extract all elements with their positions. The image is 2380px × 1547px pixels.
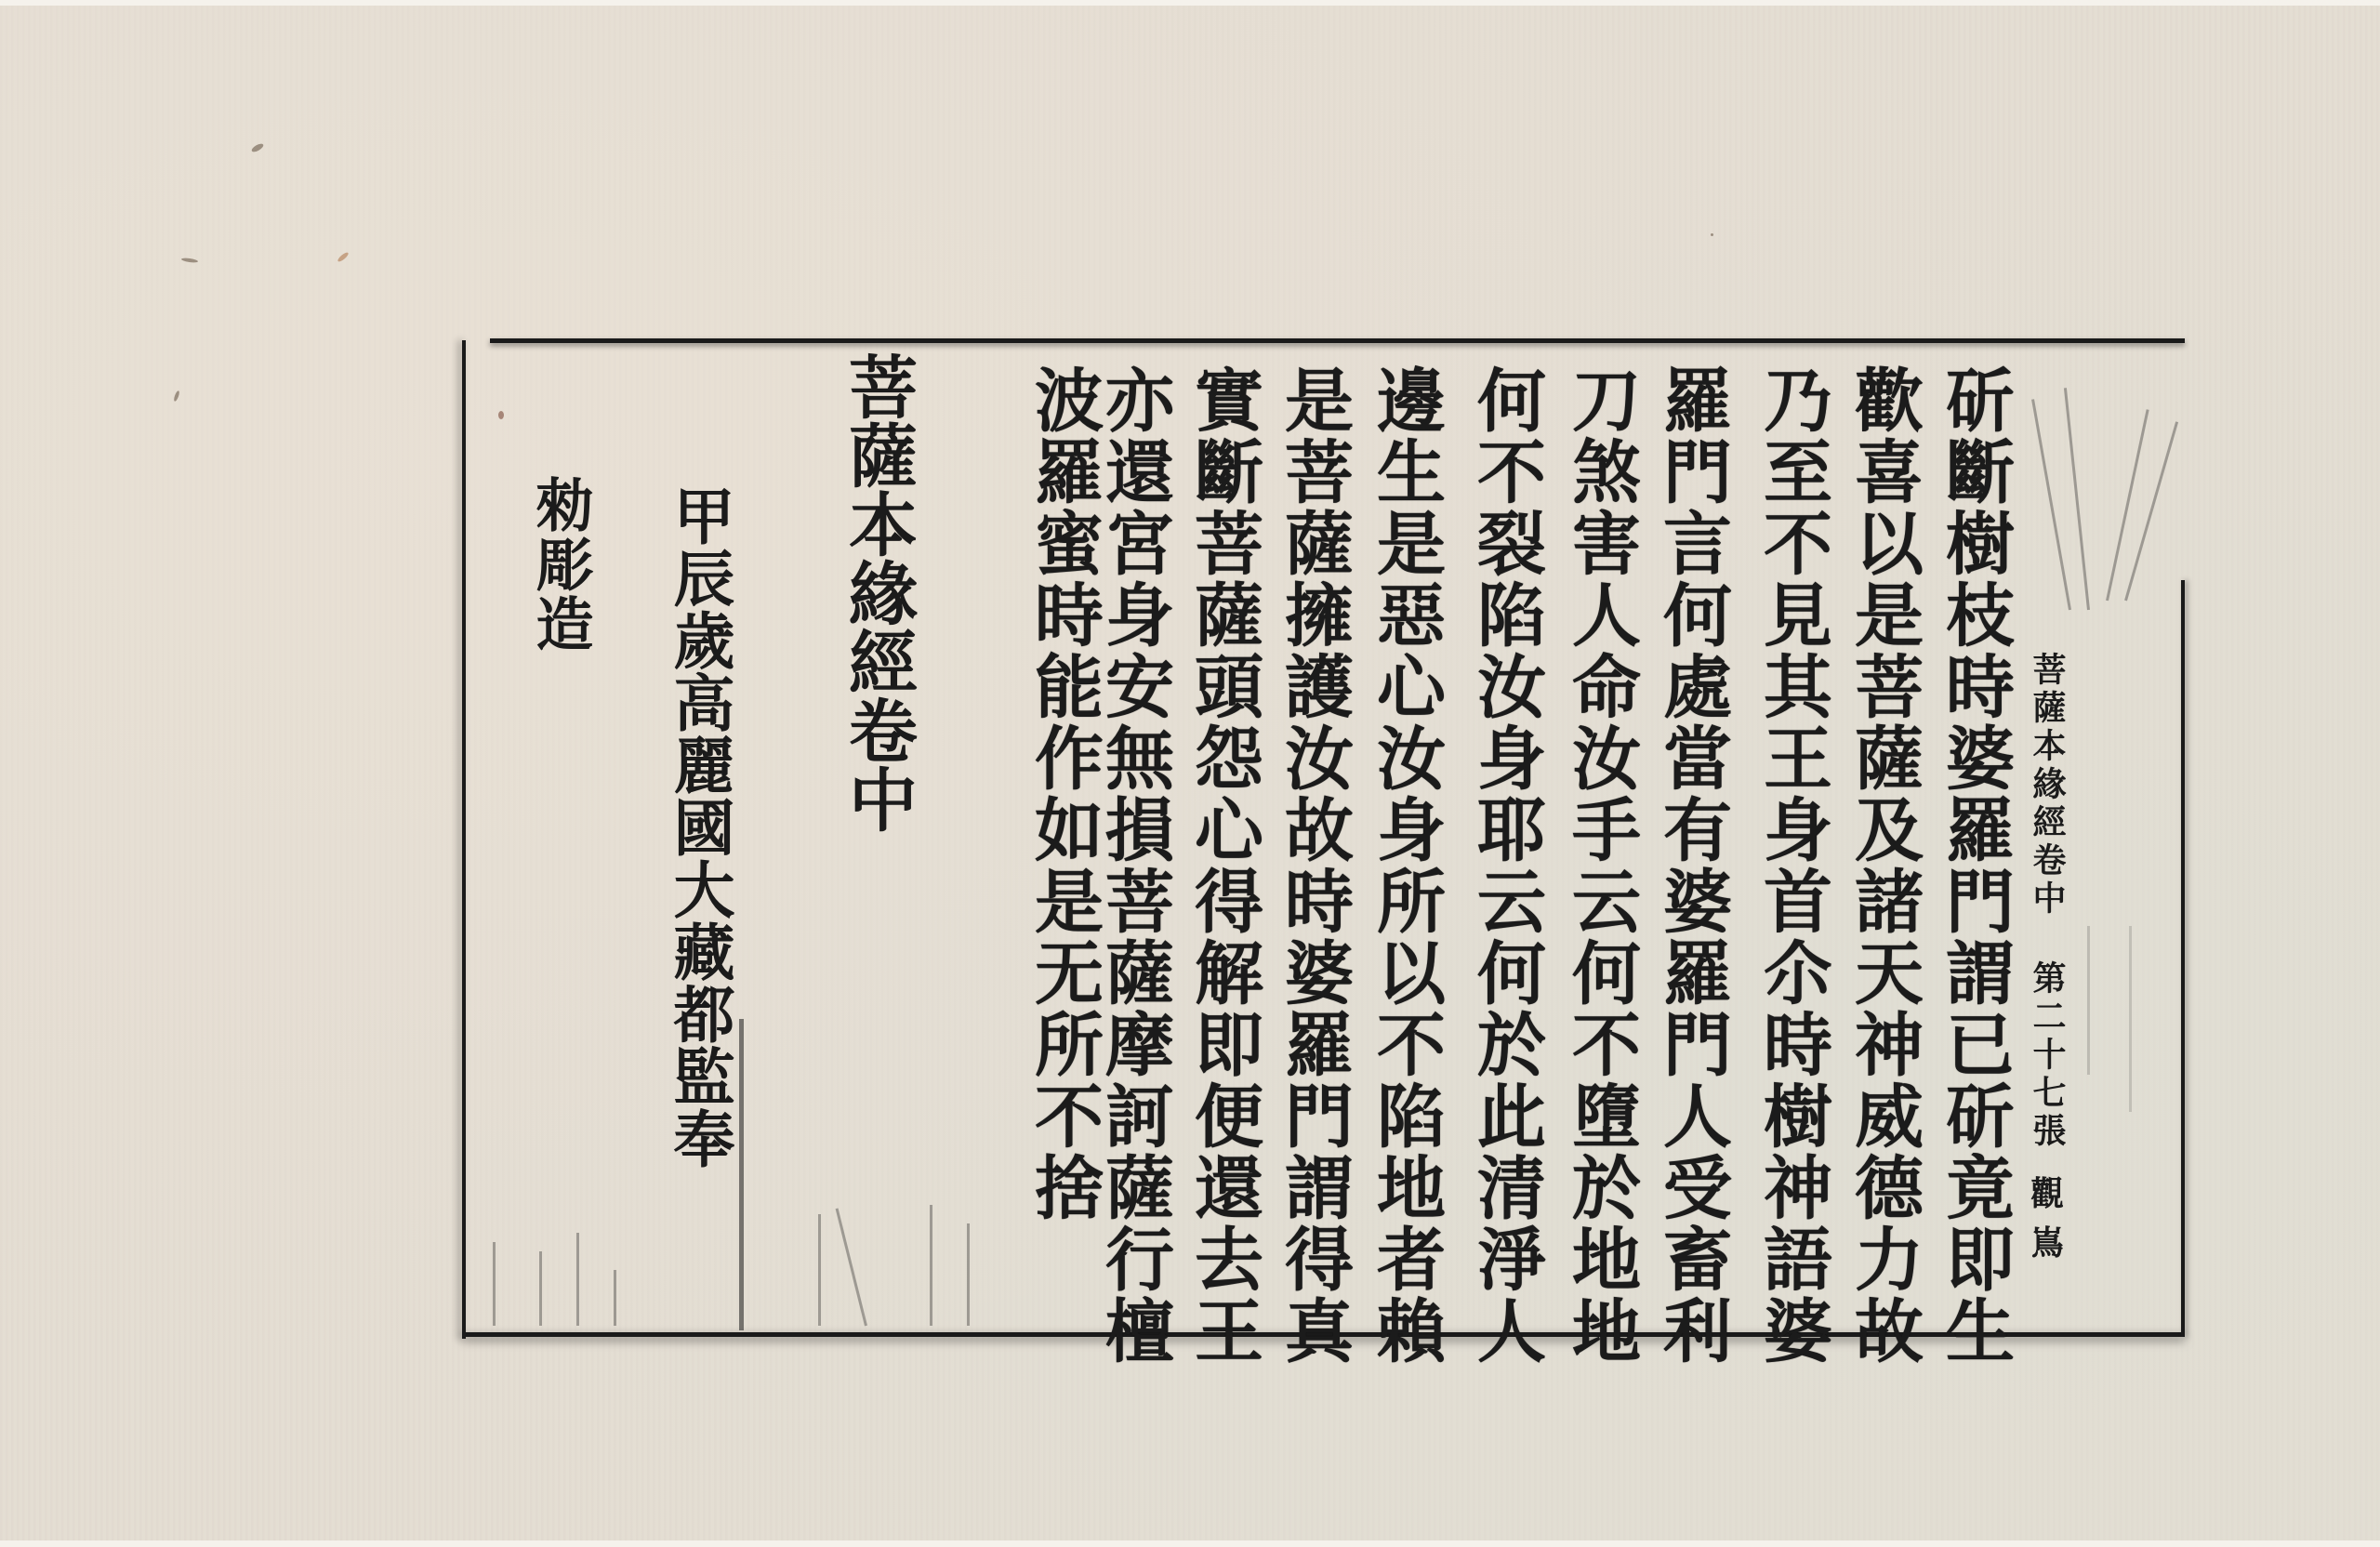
colophon-line-2: 勑彫造 xyxy=(527,475,592,654)
body-text-column: 斫斷樹枝時婆羅門謂已斫竟即生 xyxy=(1937,364,2012,1367)
ink-artifact xyxy=(818,1214,821,1326)
body-text-line: 羅門言何處當有婆羅門人受畜利 xyxy=(1658,364,1726,1367)
margin-carver-mark: 嶌 xyxy=(2030,1226,2064,1264)
body-text-column: 歡喜以是菩薩及諸天神威德力故 xyxy=(1846,364,1921,1367)
body-text-column: 羅門言何處當有婆羅門人受畜利 xyxy=(1655,364,1729,1367)
ink-artifact xyxy=(2129,926,2132,1112)
paper-speck xyxy=(1711,233,1713,236)
body-text-column: 乃至不見其王身首尒時樹神語婆 xyxy=(1755,364,1830,1367)
ink-artifact xyxy=(493,1242,496,1326)
margin-carver-mark: 觀 xyxy=(2030,1177,2064,1215)
paper-speck xyxy=(173,390,180,403)
body-text-line: 刀煞害人命汝手云何不墮於地地 xyxy=(1567,364,1635,1367)
colophon-text: 甲辰歲高麗國大藏都監奉 xyxy=(668,484,730,1170)
body-text-column: 波羅蜜時能作如是无所不捨 xyxy=(1026,364,1101,1223)
body-text-line: 斫斷樹枝時婆羅門謂已斫竟即生 xyxy=(1940,364,2009,1367)
frame-left-border xyxy=(462,340,466,1339)
margin-title-column: 菩薩本緣經卷中 第二十七張 觀 嶌 xyxy=(2027,652,2068,1264)
body-text-line: 是菩薩擁護汝故時婆羅門謂得真 xyxy=(1279,364,1348,1367)
paper-speck xyxy=(181,258,198,263)
end-title-column: 菩薩本緣經卷中 xyxy=(840,351,915,833)
body-text-column: 何不裂陷汝身耶云何於此清淨人 xyxy=(1469,364,1543,1367)
body-text-column: 刀煞害人命汝手云何不墮於地地 xyxy=(1564,364,1638,1367)
paper-speck xyxy=(250,142,264,153)
body-text-line: 亦還宮身安無損菩薩摩訶薩行檀 xyxy=(1100,364,1169,1367)
end-title: 菩薩本緣經卷中 xyxy=(843,351,912,833)
ink-artifact xyxy=(539,1251,542,1326)
frame-right-border xyxy=(2181,580,2185,1337)
ink-artifact xyxy=(576,1233,579,1326)
body-text-column: 實斷菩薩頭怨心得解即便還去王 xyxy=(1186,364,1261,1367)
colophon-divider-rule xyxy=(739,1019,744,1330)
body-text-line: 實斷菩薩頭怨心得解即便還去王 xyxy=(1189,364,1258,1367)
body-text-column: 亦還宮身安無損菩薩摩訶薩行檀 xyxy=(1097,364,1171,1367)
colophon-line-1: 甲辰歲高麗國大藏都監奉 xyxy=(666,484,733,1170)
scanned-page: 菩薩本緣經卷中 第二十七張 觀 嶌 斫斷樹枝時婆羅門謂已斫竟即生 歡喜以是菩薩及… xyxy=(0,6,2380,1540)
margin-title: 菩薩本緣經卷中 xyxy=(2030,652,2064,919)
body-text-column: 是菩薩擁護汝故時婆羅門謂得真 xyxy=(1276,364,1351,1367)
frame-top-border xyxy=(490,338,2185,343)
body-text-line: 邊生是惡心汝身所以不陷地者賴 xyxy=(1371,364,1440,1367)
body-text-column: 邊生是惡心汝身所以不陷地者賴 xyxy=(1368,364,1443,1367)
ink-artifact xyxy=(967,1223,970,1326)
ink-artifact xyxy=(614,1270,616,1326)
paper-speck xyxy=(337,251,350,263)
body-text-line: 波羅蜜時能作如是无所不捨 xyxy=(1029,364,1098,1223)
body-text-line: 何不裂陷汝身耶云何於此清淨人 xyxy=(1472,364,1540,1367)
ink-artifact xyxy=(930,1205,932,1326)
body-text-line: 乃至不見其王身首尒時樹神語婆 xyxy=(1758,364,1827,1367)
colophon-text: 勑彫造 xyxy=(531,475,588,654)
body-text-line: 歡喜以是菩薩及諸天神威德力故 xyxy=(1849,364,1918,1367)
ink-artifact xyxy=(2087,926,2090,1075)
margin-page-label: 第二十七張 xyxy=(2030,960,2064,1151)
